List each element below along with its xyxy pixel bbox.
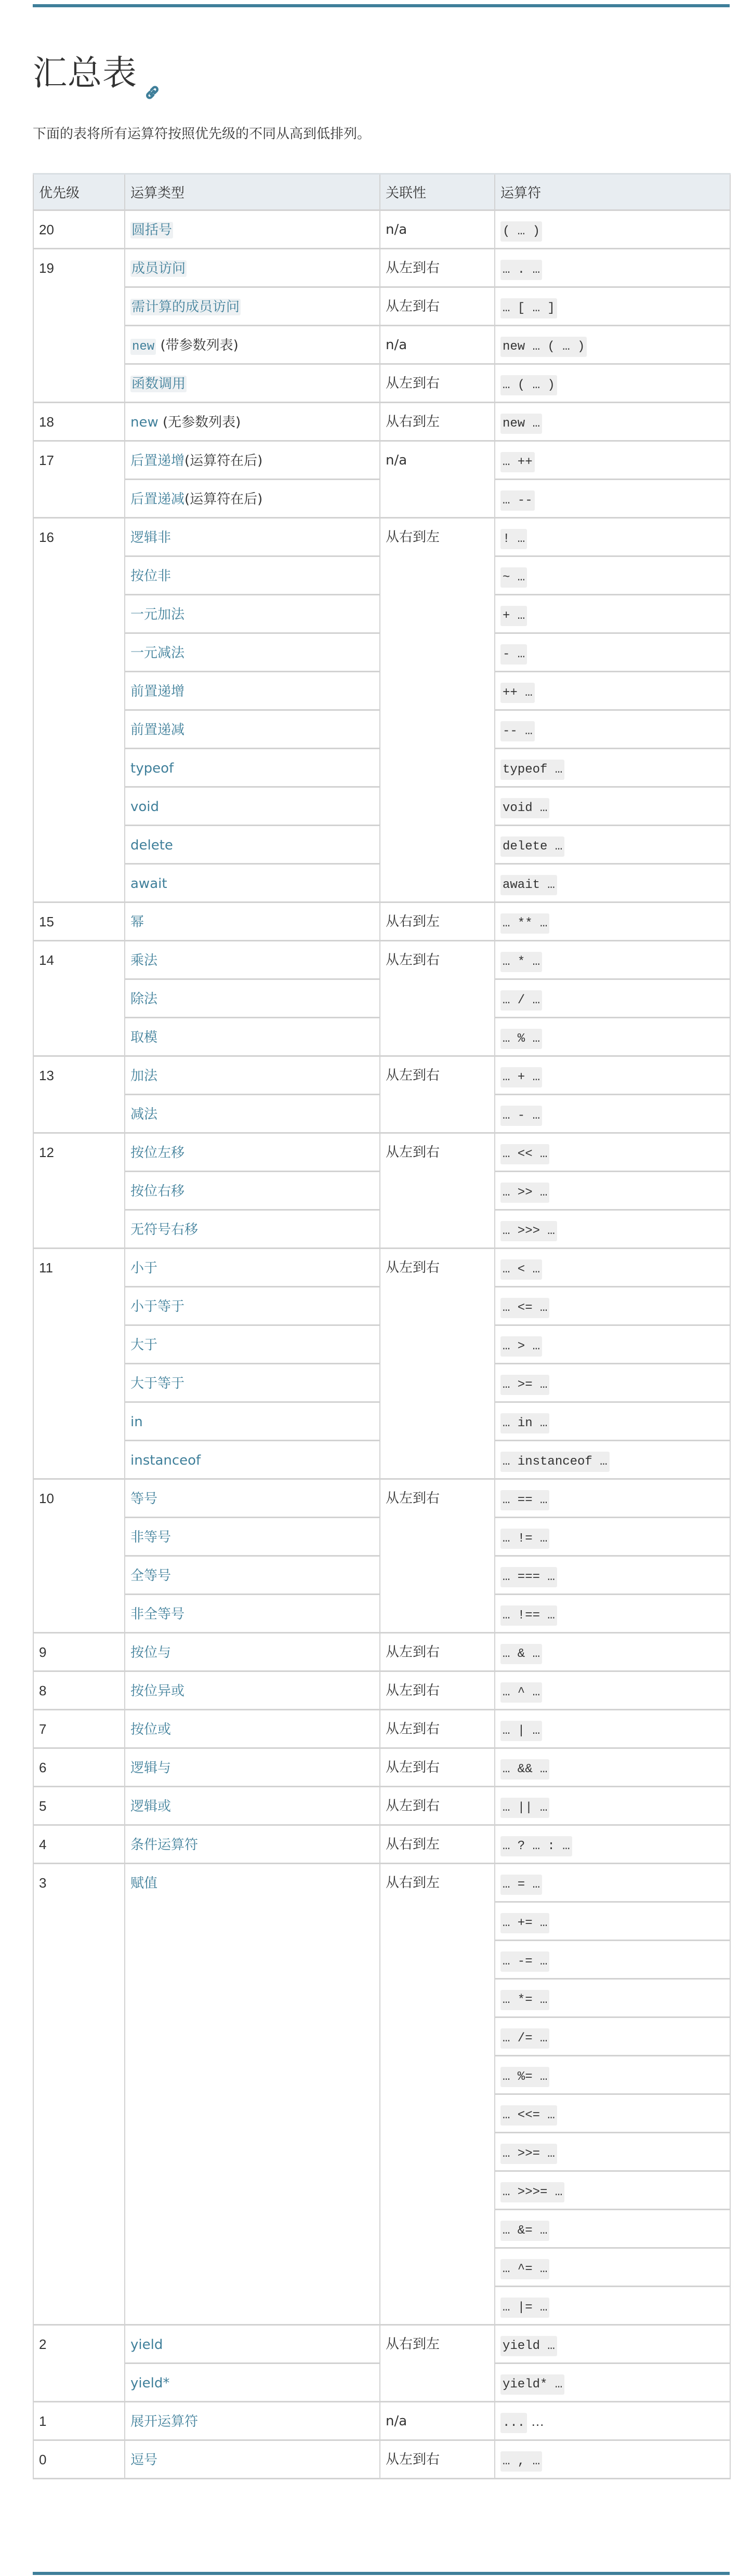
operator-cell: void … [495, 787, 730, 826]
associativity-cell: 从左到右 [380, 1787, 495, 1825]
operation-type-cell: 非等号 [125, 1518, 380, 1556]
associativity-cell: 从左到右 [380, 1133, 495, 1249]
operation-type-cell: 幂 [125, 902, 380, 941]
operation-type-cell: 全等号 [125, 1556, 380, 1595]
operator-syntax: ! … [500, 529, 527, 549]
table-row: 9按位与从左到右… & … [33, 1633, 730, 1671]
header-operator: 运算符 [495, 174, 730, 210]
operator-cell: … *= … [495, 1979, 730, 2017]
operator-cell: ~ … [495, 556, 730, 595]
operation-type-cell: in [125, 1402, 380, 1441]
table-row: 8按位异或从左到右… ^ … [33, 1671, 730, 1710]
operation-type-link[interactable]: 一元加法 [130, 607, 184, 622]
operation-type-link[interactable]: 后置递增 [130, 453, 184, 469]
associativity-cell: 从左到右 [380, 2440, 495, 2479]
operator-cell: … - … [495, 1095, 730, 1133]
operation-type-link[interactable]: 取模 [130, 1030, 157, 1045]
operation-type-link[interactable]: 大于等于 [130, 1376, 184, 1391]
operation-type-cell: 按位右移 [125, 1172, 380, 1210]
operator-syntax: … ** … [500, 913, 549, 934]
operation-type-cell: 按位与 [125, 1633, 380, 1671]
operation-type-link[interactable]: 按位非 [130, 568, 171, 584]
operator-syntax: … <= … [500, 1298, 549, 1318]
operator-syntax: … % … [500, 1029, 542, 1049]
precedence-cell: 0 [33, 2440, 125, 2479]
operation-type-link[interactable]: 等号 [130, 1491, 157, 1507]
operator-cell: … >= … [495, 1364, 730, 1402]
operation-type-link[interactable]: 后置递减 [130, 492, 184, 507]
operation-type-link[interactable]: 乘法 [130, 953, 157, 968]
operator-cell: ... … [495, 2402, 730, 2440]
table-row: 12按位左移从左到右… << … [33, 1133, 730, 1172]
operator-syntax: new … [500, 414, 542, 434]
operator-syntax: … <<= … [500, 2105, 557, 2126]
operator-syntax: … >>>= … [500, 2182, 564, 2202]
operation-type-cell: 逗号 [125, 2440, 380, 2479]
operator-cell: … != … [495, 1518, 730, 1556]
operation-type-cell: 加法 [125, 1056, 380, 1095]
operation-type-cell: 减法 [125, 1095, 380, 1133]
table-body: 20圆括号n/a( … )19成员访问从左到右… . …需计算的成员访问从左到右… [33, 210, 730, 2479]
table-row: 18new (无参数列表)从右到左new … [33, 403, 730, 441]
operator-cell: … >>>= … [495, 2171, 730, 2210]
table-row: new (带参数列表)n/anew … ( … ) [33, 326, 730, 364]
operator-cell: … == … [495, 1479, 730, 1518]
table-row: 15幂从右到左… ** … [33, 902, 730, 941]
operator-syntax: … ( … ) [500, 375, 557, 395]
operation-type-cell: 一元加法 [125, 595, 380, 633]
operator-cell: … % … [495, 1018, 730, 1056]
operator-syntax: … ? … : … [500, 1836, 572, 1856]
precedence-cell: 15 [33, 902, 125, 941]
associativity-cell: 从右到左 [380, 902, 495, 941]
top-accent-bar [33, 4, 730, 7]
operator-cell: … instanceof … [495, 1441, 730, 1479]
associativity-cell: 从左到右 [380, 249, 495, 287]
operator-syntax: ++ … [500, 683, 535, 703]
table-row: 20圆括号n/a( … ) [33, 210, 730, 249]
header-associativity: 关联性 [380, 174, 495, 210]
operation-type-link[interactable]: 逗号 [130, 2452, 157, 2468]
operation-type-cell: 非全等号 [125, 1595, 380, 1633]
operation-type-cell: 逻辑或 [125, 1787, 380, 1825]
operation-type-note: (运算符在后) [184, 492, 262, 507]
operation-type-cell: 展开运算符 [125, 2402, 380, 2440]
operator-syntax: … in … [500, 1413, 549, 1433]
operator-syntax: … > … [500, 1336, 542, 1357]
table-row: 10等号从左到右… == … [33, 1479, 730, 1518]
operator-cell: … >> … [495, 1172, 730, 1210]
precedence-cell: 13 [33, 1056, 125, 1133]
operation-type-cell: 按位非 [125, 556, 380, 595]
associativity-cell: 从右到左 [380, 2325, 495, 2402]
operator-cell: typeof … [495, 749, 730, 787]
operation-type-note: (带参数列表) [156, 338, 239, 353]
operator-cell: ( … ) [495, 210, 730, 249]
operation-type-cell: await [125, 864, 380, 902]
operator-syntax: … & … [500, 1644, 542, 1664]
operator-cell: … << … [495, 1133, 730, 1172]
operation-type-link[interactable]: yield* [130, 2375, 169, 2391]
operator-cell: … ^ … [495, 1671, 730, 1710]
operation-type-cell: 乘法 [125, 941, 380, 979]
operator-syntax: … - … [500, 1106, 542, 1126]
operator-cell: … += … [495, 1902, 730, 1941]
operator-cell: … /= … [495, 2017, 730, 2056]
precedence-cell: 5 [33, 1787, 125, 1825]
table-row: 函数调用从左到右… ( … ) [33, 364, 730, 403]
associativity-cell: n/a [380, 441, 495, 518]
operator-syntax: … >>= … [500, 2144, 557, 2164]
associativity-cell: 从右到左 [380, 518, 495, 902]
operation-type-cell: 需计算的成员访问 [125, 287, 380, 326]
operator-cell: … -= … [495, 1941, 730, 1979]
table-row: 需计算的成员访问从左到右… [ … ] [33, 287, 730, 326]
operator-syntax: … instanceof … [500, 1452, 610, 1472]
operator-syntax: … | … [500, 1721, 542, 1741]
operation-type-cell: 前置递减 [125, 710, 380, 749]
table-row: 17后置递增(运算符在后)n/a… ++ [33, 441, 730, 480]
precedence-cell: 9 [33, 1633, 125, 1671]
associativity-cell: 从左到右 [380, 364, 495, 403]
link-icon[interactable] [144, 67, 160, 84]
associativity-cell: n/a [380, 326, 495, 364]
table-row: 3赋值从右到左… = … [33, 1864, 730, 1902]
operator-cell: … || … [495, 1787, 730, 1825]
operation-type-link[interactable]: 按位右移 [130, 1184, 184, 1199]
operation-type-cell: 条件运算符 [125, 1825, 380, 1864]
operator-cell: … >>> … [495, 1210, 730, 1249]
operation-type-cell: 前置递增 [125, 672, 380, 710]
operator-syntax: … >= … [500, 1375, 549, 1395]
operator-syntax: … ++ [500, 452, 535, 472]
associativity-cell: 从左到右 [380, 1479, 495, 1633]
associativity-cell: 从左到右 [380, 941, 495, 1056]
operator-cell: … ? … : … [495, 1825, 730, 1864]
associativity-cell: 从左到右 [380, 1056, 495, 1133]
operator-cell: yield* … [495, 2363, 730, 2402]
operation-type-cell: 后置递增(运算符在后) [125, 441, 380, 480]
operation-type-link[interactable]: 非等号 [130, 1530, 171, 1545]
precedence-cell: 2 [33, 2325, 125, 2402]
precedence-cell: 19 [33, 249, 125, 403]
operator-cell: ! … [495, 518, 730, 556]
precedence-cell: 17 [33, 441, 125, 518]
operator-syntax: … -= … [500, 1951, 549, 1972]
operator-syntax: … &= … [500, 2221, 549, 2241]
operator-cell: … | … [495, 1710, 730, 1748]
operation-type-link[interactable]: 条件运算符 [130, 1837, 198, 1853]
operation-type-cell: yield [125, 2325, 380, 2363]
operation-type-link[interactable]: 小于 [130, 1260, 157, 1276]
operation-type-cell: yield* [125, 2363, 380, 2402]
operator-syntax: … |= … [500, 2298, 549, 2318]
operator-cell: new … [495, 403, 730, 441]
operation-type-cell: 大于 [125, 1325, 380, 1364]
operator-cell: ++ … [495, 672, 730, 710]
operator-cell: -- … [495, 710, 730, 749]
operator-cell: … [ … ] [495, 287, 730, 326]
precedence-cell: 4 [33, 1825, 125, 1864]
precedence-cell: 8 [33, 1671, 125, 1710]
operator-syntax: … *= … [500, 1990, 549, 2010]
operator-syntax: … || … [500, 1798, 549, 1818]
operator-syntax: … . … [500, 260, 542, 280]
operation-type-note: (无参数列表) [159, 415, 241, 430]
bottom-accent-bar [33, 2572, 730, 2575]
operator-syntax: ... [500, 2413, 527, 2433]
operator-cell: … -- [495, 480, 730, 518]
operator-syntax: void … [500, 798, 549, 818]
operation-type-cell: instanceof [125, 1441, 380, 1479]
associativity-cell: 从左到右 [380, 1748, 495, 1787]
operator-syntax: new … ( … ) [500, 337, 587, 357]
operation-type-link[interactable]: await [130, 876, 167, 892]
operation-type-cell: delete [125, 826, 380, 864]
operator-syntax: … -- [500, 490, 535, 511]
operator-syntax: … ^= … [500, 2259, 549, 2279]
table-row: 1展开运算符n/a... … [33, 2402, 730, 2440]
precedence-cell: 1 [33, 2402, 125, 2440]
associativity-cell: 从右到左 [380, 403, 495, 441]
operator-syntax: … , … [500, 2451, 542, 2472]
operation-type-link[interactable]: 减法 [130, 1107, 157, 1122]
operator-cell: … . … [495, 249, 730, 287]
header-operation-type: 运算类型 [125, 174, 380, 210]
operator-syntax: typeof … [500, 760, 564, 780]
operator-syntax: … && … [500, 1759, 549, 1780]
operation-type-note: (运算符在后) [184, 453, 262, 469]
operation-type-cell: 函数调用 [125, 364, 380, 403]
operator-syntax: … << … [500, 1144, 549, 1164]
table-row: 7按位或从左到右… | … [33, 1710, 730, 1748]
precedence-cell: 11 [33, 1249, 125, 1479]
operator-syntax: … = … [500, 1875, 542, 1895]
operator-syntax: … += … [500, 1913, 549, 1933]
table-header-row: 优先级 运算类型 关联性 运算符 [33, 174, 730, 210]
operation-type-cell: new (带参数列表) [125, 326, 380, 364]
associativity-cell: n/a [380, 210, 495, 249]
table-row: 16逻辑非从右到左! … [33, 518, 730, 556]
operation-type-link[interactable]: 成员访问 [130, 260, 187, 277]
operation-type-link[interactable]: 逻辑或 [130, 1799, 171, 1814]
table-row: 5逻辑或从左到右… || … [33, 1787, 730, 1825]
operator-cell: … * … [495, 941, 730, 979]
operator-syntax: yield* … [500, 2374, 564, 2395]
operation-type-link[interactable]: typeof [130, 761, 174, 776]
operator-cell: … = … [495, 1864, 730, 1902]
operator-cell: … > … [495, 1325, 730, 1364]
operation-type-link[interactable]: 除法 [130, 991, 157, 1007]
operator-cell: + … [495, 595, 730, 633]
operation-type-link[interactable]: 赋值 [130, 1876, 157, 1891]
operator-cell: yield … [495, 2325, 730, 2363]
operation-type-link[interactable]: 一元减法 [130, 645, 184, 661]
precedence-cell: 10 [33, 1479, 125, 1633]
operation-type-cell: 逻辑非 [125, 518, 380, 556]
operation-type-cell: void [125, 787, 380, 826]
operation-type-cell: 赋值 [125, 1864, 380, 2325]
precedence-cell: 7 [33, 1710, 125, 1748]
operator-syntax: yield … [500, 2336, 557, 2356]
operator-cell: … <= … [495, 1287, 730, 1325]
operation-type-link[interactable]: delete [130, 838, 173, 853]
table-row: 2yield从右到左yield … [33, 2325, 730, 2363]
operation-type-link[interactable]: 全等号 [130, 1568, 171, 1584]
header-precedence: 优先级 [33, 174, 125, 210]
operation-type-cell: 按位左移 [125, 1133, 380, 1172]
operation-type-link[interactable]: 小于等于 [130, 1299, 184, 1314]
operator-cell: … %= … [495, 2056, 730, 2094]
operation-type-link[interactable]: 圆括号 [130, 222, 173, 238]
operator-cell: … === … [495, 1556, 730, 1595]
associativity-cell: 从左到右 [380, 1710, 495, 1748]
operation-type-link[interactable]: void [130, 799, 159, 815]
operation-type-link[interactable]: 无符号右移 [130, 1222, 198, 1238]
associativity-cell: 从左到右 [380, 287, 495, 326]
associativity-cell: 从左到右 [380, 1249, 495, 1479]
precedence-cell: 12 [33, 1133, 125, 1249]
table-row: 19成员访问从左到右… . … [33, 249, 730, 287]
operation-type-cell: 成员访问 [125, 249, 380, 287]
operator-precedence-table: 优先级 运算类型 关联性 运算符 20圆括号n/a( … )19成员访问从左到右… [33, 173, 731, 2479]
operator-syntax: - … [500, 644, 527, 665]
operator-cell: - … [495, 633, 730, 672]
operator-syntax: … < … [500, 1259, 542, 1280]
operation-type-link[interactable]: 非全等号 [130, 1606, 184, 1622]
operation-type-link[interactable]: 展开运算符 [130, 2414, 198, 2429]
operator-cell: … ^= … [495, 2248, 730, 2287]
precedence-cell: 18 [33, 403, 125, 441]
operator-syntax: … [ … ] [500, 298, 557, 318]
table-row: 13加法从左到右… + … [33, 1056, 730, 1095]
operation-type-cell: 逻辑与 [125, 1748, 380, 1787]
operation-type-cell: 一元减法 [125, 633, 380, 672]
operation-type-link[interactable]: 前置递增 [130, 684, 184, 699]
operation-type-link[interactable]: new [130, 339, 156, 355]
operation-type-cell: 小于 [125, 1249, 380, 1287]
operation-type-link[interactable]: 需计算的成员访问 [130, 299, 241, 315]
operation-type-cell: new (无参数列表) [125, 403, 380, 441]
operation-type-link[interactable]: 按位异或 [130, 1683, 184, 1699]
operator-cell: … && … [495, 1748, 730, 1787]
operation-type-link[interactable]: 逻辑非 [130, 530, 171, 546]
precedence-cell: 6 [33, 1748, 125, 1787]
operation-type-cell: 按位异或 [125, 1671, 380, 1710]
operator-cell: … &= … [495, 2210, 730, 2248]
operation-type-link[interactable]: 函数调用 [130, 376, 187, 392]
operator-cell: … ** … [495, 902, 730, 941]
operator-syntax: ( … ) [500, 221, 542, 242]
associativity-cell: 从右到左 [380, 1825, 495, 1864]
operator-syntax: … / … [500, 990, 542, 1011]
table-row: 14乘法从左到右… * … [33, 941, 730, 979]
operator-cell: … / … [495, 979, 730, 1018]
operation-type-link[interactable]: 按位左移 [130, 1145, 184, 1161]
operation-type-link[interactable]: instanceof [130, 1453, 201, 1468]
precedence-cell: 16 [33, 518, 125, 902]
operation-type-cell: 小于等于 [125, 1287, 380, 1325]
associativity-cell: n/a [380, 2402, 495, 2440]
associativity-cell: 从左到右 [380, 1671, 495, 1710]
intro-text: 下面的表将所有运算符按照优先级的不同从高到低排列。 [33, 124, 371, 144]
operator-cell: delete … [495, 826, 730, 864]
operator-syntax: … != … [500, 1529, 549, 1549]
associativity-cell: 从右到左 [380, 1864, 495, 2325]
operation-type-cell: 大于等于 [125, 1364, 380, 1402]
table-row: 0逗号从左到右… , … [33, 2440, 730, 2479]
operator-syntax: await … [500, 875, 557, 895]
operation-type-link[interactable]: yield [130, 2337, 163, 2353]
operation-type-cell: 等号 [125, 1479, 380, 1518]
table-row: 6逻辑与从左到右… && … [33, 1748, 730, 1787]
operator-syntax: + … [500, 606, 527, 626]
operation-type-cell: 后置递减(运算符在后) [125, 480, 380, 518]
operation-type-cell: typeof [125, 749, 380, 787]
operation-type-cell: 无符号右移 [125, 1210, 380, 1249]
operator-cell: … |= … [495, 2287, 730, 2325]
operation-type-link[interactable]: 逻辑与 [130, 1760, 171, 1776]
operator-cell: … + … [495, 1056, 730, 1095]
operation-type-link[interactable]: 按位或 [130, 1722, 171, 1737]
page-title: 汇总表 [33, 50, 160, 97]
operator-cell: new … ( … ) [495, 326, 730, 364]
operator-cell: … ( … ) [495, 364, 730, 403]
operation-type-link[interactable]: new [130, 415, 159, 430]
operator-syntax-suffix: … [527, 2413, 544, 2429]
table-row: 11小于从左到右… < … [33, 1249, 730, 1287]
operator-cell: … in … [495, 1402, 730, 1441]
operation-type-link[interactable]: 按位与 [130, 1645, 171, 1661]
operation-type-cell: 圆括号 [125, 210, 380, 249]
precedence-cell: 3 [33, 1864, 125, 2325]
operator-syntax: … + … [500, 1067, 542, 1087]
operation-type-cell: 取模 [125, 1018, 380, 1056]
operator-syntax: … == … [500, 1490, 549, 1510]
operation-type-link[interactable]: 加法 [130, 1068, 157, 1084]
operation-type-cell: 按位或 [125, 1710, 380, 1748]
operator-cell: … < … [495, 1249, 730, 1287]
operator-cell: await … [495, 864, 730, 902]
page-title-text: 汇总表 [33, 53, 137, 93]
operator-syntax: … >> … [500, 1183, 549, 1203]
operation-type-cell: 除法 [125, 979, 380, 1018]
operation-type-link[interactable]: in [130, 1414, 143, 1430]
operator-cell: … ++ [495, 441, 730, 480]
operation-type-link[interactable]: 幂 [130, 914, 144, 930]
operator-cell: … !== … [495, 1595, 730, 1633]
operator-cell: … >>= … [495, 2133, 730, 2171]
operator-syntax: ~ … [500, 567, 527, 588]
operation-type-link[interactable]: 前置递减 [130, 722, 184, 738]
operator-syntax: … ^ … [500, 1682, 542, 1703]
operator-syntax: … %= … [500, 2067, 549, 2087]
operator-syntax: … === … [500, 1567, 557, 1587]
precedence-cell: 14 [33, 941, 125, 1056]
table-row: 4条件运算符从右到左… ? … : … [33, 1825, 730, 1864]
operation-type-link[interactable]: 大于 [130, 1337, 157, 1353]
operator-syntax: -- … [500, 721, 535, 741]
operator-cell: … & … [495, 1633, 730, 1671]
precedence-cell: 20 [33, 210, 125, 249]
operator-cell: … <<= … [495, 2094, 730, 2133]
operator-syntax: delete … [500, 836, 564, 857]
operator-syntax: … /= … [500, 2028, 549, 2049]
associativity-cell: 从左到右 [380, 1633, 495, 1671]
operator-syntax: … >>> … [500, 1221, 557, 1241]
operator-cell: … , … [495, 2440, 730, 2479]
operator-syntax: … * … [500, 952, 542, 972]
